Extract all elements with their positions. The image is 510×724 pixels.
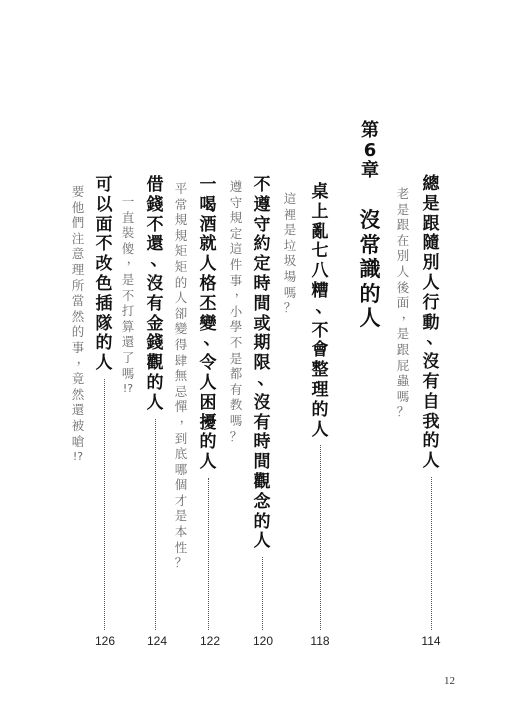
glyph: 桌 [310, 184, 330, 204]
glyph: 改 [94, 256, 114, 276]
glyph: 、 [202, 331, 222, 351]
glyph: 人 [94, 355, 114, 375]
glyph: 遵 [252, 197, 272, 217]
glyph: 八 [310, 263, 330, 283]
glyph: 第 [359, 122, 381, 142]
glyph: 沒 [252, 395, 272, 415]
glyph: ？ [282, 302, 298, 318]
toc-entry-subtitle: 平常規規矩矩的人卻變得肆無忌憚，到底哪個才是本性？ [173, 183, 189, 573]
toc-entry-subtitle: 遵守規定這件事，小學不是都有教嗎？ [228, 181, 244, 446]
leader-dots [155, 419, 156, 630]
leader-dots [262, 557, 263, 630]
glyph: ， [178, 412, 194, 428]
glyph: ？ [228, 431, 244, 447]
toc-page-number[interactable]: 126 [95, 634, 115, 648]
leader-dots [320, 445, 321, 630]
leader-dots [431, 477, 432, 630]
chapter-title: 沒常識的人 [359, 210, 381, 333]
glyph: 上 [310, 204, 330, 224]
toc-entry-title[interactable]: 一喝酒就人格丕變、令人困擾的人 [198, 177, 218, 630]
toc-entry-subtitle: 這裡是垃圾場嗎？ [282, 193, 298, 318]
glyph: 自 [421, 394, 441, 414]
glyph: 令 [198, 355, 218, 375]
glyph: 沒 [145, 276, 165, 296]
glyph: 嗆 [70, 436, 86, 452]
glyph: 、 [314, 299, 334, 319]
glyph: 總 [421, 176, 441, 196]
glyph: 6 [359, 142, 381, 162]
glyph: 不 [252, 177, 272, 197]
toc-entry-title[interactable]: 總是跟隨別人行動、沒有自我的人 [421, 176, 441, 630]
glyph: 人 [421, 453, 441, 473]
glyph: 人 [198, 454, 218, 474]
glyph: 是 [421, 196, 441, 216]
glyph: 定 [252, 256, 272, 276]
leader-dots [104, 379, 105, 630]
glyph: 困 [198, 395, 218, 415]
glyph: 人 [421, 275, 441, 295]
glyph: 有 [145, 296, 165, 316]
glyph: ， [75, 353, 91, 369]
glyph: 觀 [252, 474, 272, 494]
glyph: 插 [94, 296, 114, 316]
glyph: 丕 [198, 296, 218, 316]
toc-entry-title[interactable]: 桌上亂七八糟、不會整理的人 [310, 184, 330, 630]
glyph: ， [233, 285, 249, 301]
toc-entry-subtitle: 要他們注意理所當然的事，竟然還被嗆!? [70, 186, 86, 467]
toc-page-number[interactable]: 124 [147, 634, 167, 648]
toc-entry-subtitle: 老是跟在別人後面，是跟屁蟲嗎？ [395, 188, 411, 422]
toc-page-number[interactable]: 114 [421, 634, 440, 648]
glyph: 喝 [198, 197, 218, 217]
glyph: 錢 [145, 197, 165, 217]
glyph: !? [120, 383, 136, 399]
glyph: 人 [359, 308, 381, 333]
glyph: 間 [252, 454, 272, 474]
glyph: 常 [359, 235, 381, 260]
glyph: 人 [145, 395, 165, 415]
glyph: 念 [252, 494, 272, 514]
glyph: 、 [425, 330, 445, 350]
glyph: 以 [94, 197, 114, 217]
glyph: 格 [198, 276, 218, 296]
glyph: 識 [359, 259, 381, 284]
glyph: 觀 [145, 355, 165, 375]
page-folio: 12 [444, 675, 455, 687]
glyph: 、 [149, 252, 169, 272]
glyph: 間 [252, 296, 272, 316]
glyph: !? [70, 451, 86, 467]
glyph: 人 [198, 375, 218, 395]
glyph: 別 [421, 255, 441, 275]
glyph: 沒 [359, 210, 381, 235]
glyph: ， [125, 253, 141, 269]
glyph: 借 [145, 177, 165, 197]
glyph: 一 [198, 177, 218, 197]
glyph: 理 [310, 382, 330, 402]
glyph: 可 [94, 177, 114, 197]
chapter-heading: 第6章 沒常識的人 [359, 122, 381, 333]
glyph: 的 [310, 402, 330, 422]
toc-page-number[interactable]: 118 [310, 634, 329, 648]
glyph: 人 [310, 422, 330, 442]
toc-page-number[interactable]: 122 [200, 634, 220, 648]
glyph: 嗎 [120, 368, 136, 384]
glyph: 人 [198, 256, 218, 276]
chapter-number: 第6章 [359, 122, 381, 182]
toc-entry-title[interactable]: 可以面不改色插隊的人 [94, 177, 114, 630]
glyph: 、 [256, 371, 276, 391]
glyph: ？ [395, 406, 411, 422]
glyph: ， [400, 308, 416, 324]
toc-entry-title[interactable]: 不遵守約定時間或期限、沒有時間觀念的人 [252, 177, 272, 630]
glyph: 色 [94, 276, 114, 296]
glyph: 行 [421, 295, 441, 315]
glyph: 有 [421, 374, 441, 394]
leader-dots [208, 478, 209, 630]
glyph: 人 [252, 533, 272, 553]
toc-entry-subtitle: 一直裝傻，是不打算還了嗎!? [120, 196, 136, 399]
glyph: 章 [359, 162, 381, 182]
glyph: 的 [145, 375, 165, 395]
glyph: 整 [310, 362, 330, 382]
glyph: 時 [252, 276, 272, 296]
glyph: 沒 [421, 354, 441, 374]
glyph: 的 [359, 284, 381, 309]
glyph: ？ [173, 557, 189, 573]
toc-entry-title[interactable]: 借錢不還、沒有金錢觀的人 [145, 177, 165, 630]
toc-page-number[interactable]: 120 [253, 634, 273, 648]
